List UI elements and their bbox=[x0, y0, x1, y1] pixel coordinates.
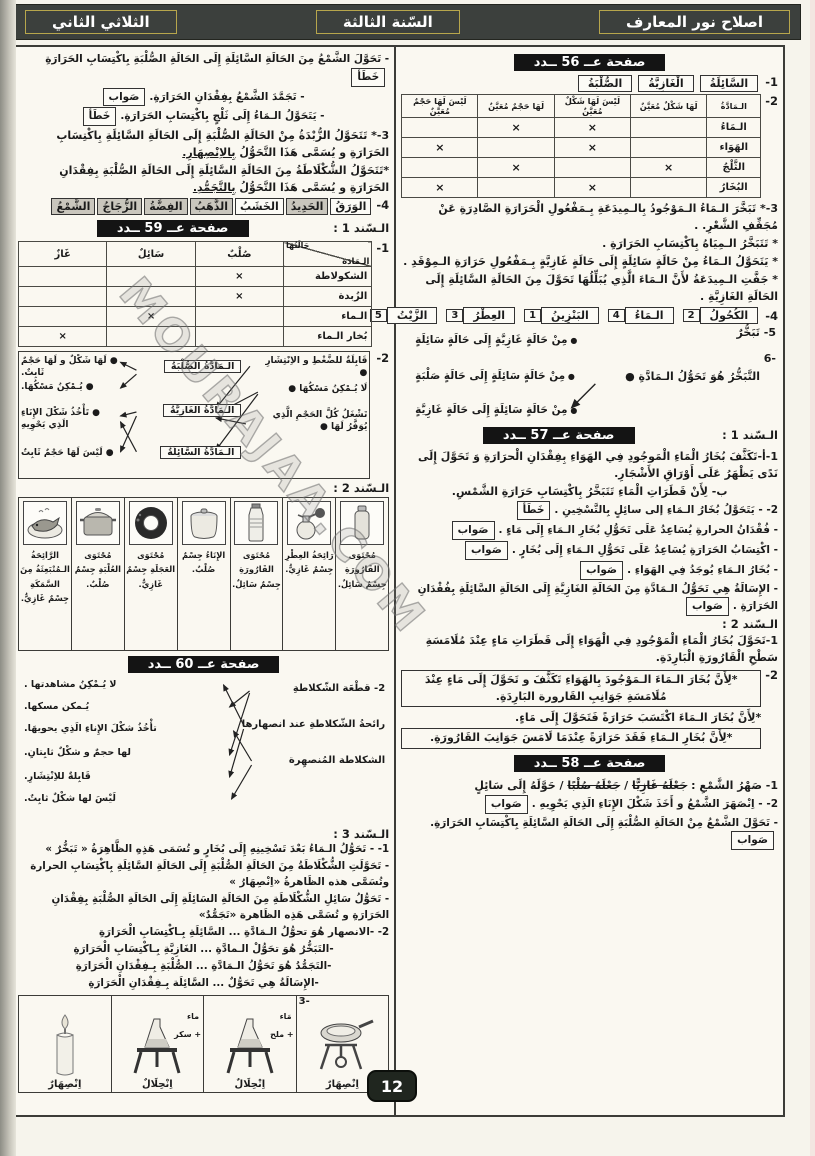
phenomena-images: -3 اِنْصِهَارٌ مَاء + ملح bbox=[18, 995, 389, 1093]
perfume-atomizer-icon bbox=[287, 501, 331, 545]
p57-s2-answer1: 1-تَحَوَّلَ بُخَارُ الْمَاءِ الْمَوْجُود… bbox=[401, 632, 778, 666]
p59-q1: 1- حَالَتُهَا الـمَادَة صُلْبٌ سَائِلٌ غ… bbox=[18, 241, 389, 349]
match-option: مِنْ حَالَةٍ غَازِيَّةٍ إِلَى حَالَةٍ سَ… bbox=[415, 334, 577, 346]
p56-q2: 2- الـمَادَّةُ لَهَا شَكْلٌ مُعَيَّنٌ لَ… bbox=[401, 94, 778, 198]
struck-option: جَعْلَهُ صُلْبًا bbox=[567, 779, 620, 792]
p56-q3-line: * جَفَّتِ الـمِيدَعَةُ لأَنَّ الـمَاءَ ا… bbox=[401, 271, 778, 305]
q5-label: 5- تَبَخُّرٌ bbox=[737, 326, 776, 339]
p57-s2-q2: 2- *لِأَنَّ بُخَارَ الـمَاءَ الـمَوْجُود… bbox=[401, 668, 778, 751]
page59-header: صفحة عــ 59 ــدد bbox=[97, 220, 249, 237]
tf-line: 2- - يَتَحَوَّلُ بُخَارُ الـمَاءِ إلى سا… bbox=[401, 501, 778, 520]
match-property: لَيْسَ لها شكْلٌ ثابِتٌ. bbox=[24, 793, 116, 804]
verdict-box: صَواب bbox=[580, 561, 623, 580]
struck-option: جَعْلَهُ غَازِيًّا bbox=[632, 779, 687, 792]
table-row: الثَّلْجُ × × bbox=[402, 158, 761, 178]
object-cell: مُحْتَوَى العَجَلَةِ جِسْمٌ غَازِيٌّ. bbox=[124, 498, 177, 650]
p57-answer-1a: 1-أ-تَكَثَّفَ بُخَارُ الْمَاءِ الْمَوجُو… bbox=[401, 448, 778, 482]
match-item: رائحةُ الشّكلاطةِ عند انصهارها bbox=[242, 719, 385, 730]
object-cell: الرَّائِحَةُ الـمُنْبَعِثَةُ مِنَ السَّم… bbox=[19, 498, 71, 650]
p59-q2: 2- الـمَادَّةُ الصُّلْبَةُ الـمَادَّةُ ا… bbox=[18, 351, 389, 479]
tf-line: - يَتَحَوَّلُ الـمَاءُ إِلَى ثَلْجٍ بِاك… bbox=[18, 107, 389, 126]
property: ● لَهَا شَكْلٌ و لَهَا حَجْمٌ ثَابِتٌ. bbox=[21, 356, 121, 379]
match-option: مِنْ حَالَةٍ سَائِلَةٍ إِلَى حَالَةٍ غَا… bbox=[415, 404, 577, 416]
object-cell: مُحْتَوَى العُلْبَةِ جِسْمٌ صُلْبٌ. bbox=[71, 498, 124, 650]
objects-table: مُحْتَوَى القَارُورَةِ جِسْمٌ سَائِلٌ. ر… bbox=[18, 497, 389, 651]
table-row: الـمَاءُ × × bbox=[402, 118, 761, 138]
bottle-icon bbox=[340, 501, 384, 545]
p56-q1: 1- السَّائِلَةُ الْغَازِيَّةُ الصُّلْبَة… bbox=[401, 75, 778, 92]
table-row: الـماء × bbox=[19, 307, 372, 327]
property: قَابِلَةٌ للضَّغْطِ و الاِنْتِشَارِ ● bbox=[255, 356, 367, 379]
phenomenon-label: اِنْحِلَالٌ bbox=[142, 1079, 173, 1090]
flask-annotation: ماء bbox=[187, 1012, 199, 1021]
p56-q3-line: * يَتَحَوَّلُ الـمَاءُ مِنْ حَالَةٍ سَائ… bbox=[401, 253, 778, 270]
s3-q2-line: -التَبَخُّرُ هُوَ تحَوُّلْ الـمادَّةِ ..… bbox=[18, 942, 389, 958]
tf-line: - اكْتِسَابُ الحَرَارَةِ يُسَاعِدُ عَلَى… bbox=[401, 541, 778, 560]
match-property: لا يُـمْكِنُ مشاهدتها . bbox=[24, 679, 116, 690]
flask-tripod-icon bbox=[127, 1015, 187, 1079]
s3-line: - تَحَوُّلُ سَائِلِ الشُّكْلَاطَةِ مِنَ … bbox=[18, 892, 389, 924]
underlined-term: بِالتَّجَمُّدِ. bbox=[193, 181, 236, 194]
match-option: مِنْ حَالَةٍ سَائِلَةٍ إِلَى حَالَةٍ صَل… bbox=[415, 370, 575, 382]
gas-box: الـمَادَّةُ الغَازِيَّةُ bbox=[163, 404, 241, 417]
object-cell: الإِنَاءُ جِسْمٌ صُلْبٌ. bbox=[177, 498, 230, 650]
states-matching-diagram: الـمَادَّةُ الصُّلْبَةُ الـمَادَّةُ الغَ… bbox=[18, 351, 370, 479]
state-word: السَّائِلَةُ bbox=[700, 75, 759, 92]
pot-icon bbox=[182, 501, 226, 545]
page-edge bbox=[810, 0, 815, 1156]
p57-answer-1b: ب- لِأَنْ قَطَرَاتِ الْمَاءِ تَتَبَخَّرُ… bbox=[401, 483, 778, 500]
match-property: قَابِلةٌ للاِنْتِشَارِ. bbox=[24, 771, 91, 782]
dissolving-sugar-cell: ماء + سكر اِنْحِلَالٌ bbox=[111, 996, 204, 1092]
states-table: الـمَادَّةُ لَهَا شَكْلٌ مُعَيَّنٌ لَيْس… bbox=[401, 94, 761, 198]
table-row: الشكولاطة × bbox=[19, 267, 372, 287]
chocolate-matching: 2- قطْعَة الشّكلاطةِ رائحةُ الشّكلاطةِ ع… bbox=[18, 677, 389, 825]
state-word: الْغَازِيَّةُ bbox=[638, 75, 693, 92]
verdict-box: صَواب bbox=[452, 521, 495, 540]
candle-icon bbox=[45, 1011, 85, 1079]
material-word: الخَشَبُ bbox=[235, 198, 284, 215]
object-cell: رَائِحَةُ العِطْرِ جِسْمٌ غَازِيٌّ. bbox=[282, 498, 335, 650]
flask-tripod-icon bbox=[220, 1015, 280, 1079]
diagonal-corner-cell: حَالَتُهَا الـمَادَة bbox=[284, 242, 372, 267]
verdict-box: صَواب bbox=[731, 831, 774, 850]
tf-line: - تَحَوَّلَ الشَّمْعُ مِنَ الحَالَةِ الس… bbox=[18, 51, 389, 87]
tf-line: - بُخَارُ الـمَاءِ يُوجَدُ فِي الهَوَاءِ… bbox=[401, 561, 778, 580]
liquid-word: الكُحُولُ bbox=[700, 307, 759, 324]
order-number: 4 bbox=[608, 309, 625, 322]
verdict-box: خَطَأ bbox=[517, 501, 551, 520]
verdict-box: صَواب bbox=[103, 88, 146, 107]
property: لَا يُـمْكِنُ مَسْكُهَا ● bbox=[255, 384, 367, 396]
s3-line: 1- - تَحَوُّلُ الـمَاءُ بَعْدَ تَسْخِينِ… bbox=[18, 842, 389, 858]
table-row: الهَوَاء × × bbox=[402, 138, 761, 158]
page-number-badge: 12 bbox=[367, 1070, 417, 1102]
p57-s2-line2: *لِأَنَّ بُخَارَ الـمَاءَ اكْتَسَبَ حَرَ… bbox=[401, 709, 761, 726]
phenomenon-label: اِنْصِهَارٌ bbox=[326, 1079, 359, 1090]
right-column: صفحة عــ 56 ــدد 1- السَّائِلَةُ الْغَاز… bbox=[394, 47, 783, 1115]
header-trimester: الثلاثي الثاني bbox=[25, 10, 177, 34]
liquid-word: البَنْزِينُ bbox=[541, 307, 599, 324]
underlined-term: بِالاِنْصِهَارِ. bbox=[182, 146, 235, 159]
boxed-answer: *لِأَنَّ بُخَارَ الـمَاءَ الـمَوْجُودَ ب… bbox=[401, 670, 761, 707]
solid-box: الـمَادَّةُ الصُّلْبَةُ bbox=[164, 360, 242, 373]
material-word: الشَّمْعُ bbox=[51, 198, 95, 215]
book-spine-shadow bbox=[0, 0, 16, 1156]
tf-line: - تَجَمَّدَ الشَّمْعُ بِفِقْدَانِ الحَرَ… bbox=[18, 88, 389, 107]
table-row: بُخار الـماء × bbox=[19, 327, 372, 347]
order-number: 1 bbox=[524, 309, 541, 322]
tire-icon bbox=[129, 501, 173, 545]
s3-q2-line: -الإِسَالَةُ هِي تَحَوُّلٌ ... السَّائِل… bbox=[18, 976, 389, 992]
liquid-box: الـمَادَّةُ السَّائِلَةُ bbox=[160, 446, 241, 459]
sanad3-label: الـسّند 3 : bbox=[24, 827, 389, 841]
order-number: 2 bbox=[683, 309, 700, 322]
tf-line: - فُقْدَانُ الحرارةِ يُسَاعِدُ عَلَى تَح… bbox=[401, 521, 778, 540]
left-column: - تَحَوَّلَ الشَّمْعُ مِنَ الحَالَةِ الس… bbox=[13, 47, 394, 1115]
page60-header: صفحة عــ 60 ــدد bbox=[128, 656, 280, 673]
q6-label: -6 bbox=[764, 352, 776, 365]
phenomenon-label: اِنْصِهَارٌ bbox=[48, 1079, 81, 1090]
verdict-box: خَطَأ bbox=[83, 107, 117, 126]
property: تَشْغَلُ كُلَّ الحَجْمِ الَّذِي يُوَفَّر… bbox=[255, 410, 367, 433]
liquid-word: العِطْرُ bbox=[463, 307, 515, 324]
property: ● تَأْخُذُ شَكْلَ الإِنَاءِ الَذِي يَحْو… bbox=[21, 408, 121, 431]
order-number: 3 bbox=[446, 309, 463, 322]
p56-q3-line: 3-* تَبَخَّرَ الـمَاءُ الـمَوْجُودُ بِال… bbox=[401, 200, 778, 234]
state-word: الصُّلْبَةُ bbox=[578, 75, 632, 92]
verdict-box: صَواب bbox=[465, 541, 508, 560]
boxed-answer: *لِأَنَّ بُخَارِ الـمَاءِ فَقَدَ حَرَارَ… bbox=[401, 728, 761, 749]
liquid-word: الزَّيْتُ bbox=[387, 307, 438, 324]
q4-materials: 4- الوَرَقُ الحَدِيدُ الخَشَبُ الذَّهَبُ… bbox=[18, 198, 389, 215]
match-item: الشكلاطة المُنصهِرة bbox=[289, 755, 385, 766]
header-title: اصلاح نور المعارف bbox=[599, 10, 790, 34]
dissolving-salt-cell: مَاء + ملح اِنْحِلَالٌ bbox=[203, 996, 296, 1092]
sanad2-label: الـسّند 2 : bbox=[24, 481, 389, 495]
pan-on-burner-icon bbox=[307, 1017, 377, 1079]
correct-option: حَوَّلَهُ إِلَى سَائِلٍ bbox=[474, 779, 555, 792]
object-cell: مُحْتَوَى القَارُورَةِ جِسْمٌ سَائِلٌ. bbox=[335, 498, 388, 650]
p58-q1: 1- صَهْرُ الشَّمْعِ : جَعْلَهُ غَازِيًّا… bbox=[401, 777, 778, 794]
tf-line: - تَحَوَّلَ الشَّمْعُ مِنْ الحَالَةِ الص… bbox=[401, 815, 778, 851]
s3-q2-line: 2- -الانصهار هُوَ تحوُّلُ الـمَادَّةِ ..… bbox=[18, 925, 389, 941]
material-word: الفِضَّةُ bbox=[144, 198, 187, 215]
evaporation-matching: 5- تَبَخُّرٌ -6 التَّبَخُّرُ هُوَ تَحَوُ… bbox=[401, 326, 778, 422]
tf-line: 2- - اِنْصَهَرَ الشَّمْعُ و أَخَذَ شَكْل… bbox=[401, 795, 778, 814]
verdict-box: خَطَأ bbox=[351, 68, 385, 87]
flask-annotation: + سكر bbox=[174, 1030, 201, 1039]
table-row: الزُبدة × bbox=[19, 287, 372, 307]
q3-chocolate: *تَتَحَوَّلُ الشُّكْلَاطَةُ مِنَ الحَالَ… bbox=[18, 162, 389, 196]
table-row: البُخَارُ × × bbox=[402, 178, 761, 198]
flask-annotation: مَاء bbox=[280, 1012, 292, 1021]
sanad1-label: الـسّند 1 : bbox=[722, 428, 778, 442]
header-grade: السّنة الثالثة bbox=[316, 10, 460, 34]
s3-q2-line: -التَجَمُّدُ هُوَ تَحَوُّلُ الـمَادَّةِ … bbox=[18, 959, 389, 975]
tf-line: - الإِسَالَةُ هِي تَحَوُّلُ الـمَادَّةِ … bbox=[401, 581, 778, 617]
match-property: يُـمكن مسكها. bbox=[24, 701, 89, 712]
s3-line: - تَحَوَّلَتِ الشُّكْلَاطَةُ مِنَ الحَال… bbox=[18, 859, 389, 891]
phenomenon-label: اِنْحِلَالٌ bbox=[235, 1079, 266, 1090]
property: ● يُـمْكِنُ مَسْكُهَا. bbox=[21, 382, 121, 394]
q3-butter: 3-* تَتَحَوَّلُ الزُّبْدَةُ مِنْ الحَالَ… bbox=[18, 127, 389, 161]
match-item: 2- قطْعَة الشّكلاطةِ bbox=[293, 683, 385, 694]
sanad1-label: الـسّند 1 : bbox=[333, 221, 389, 235]
material-word: الوَرَقُ bbox=[330, 198, 371, 215]
page57-header: صفحة عــ 57 ــدد bbox=[483, 427, 635, 444]
p56-q3-line: * تَتَبَخَّرُ الـمِيَاهُ بِاكْتِسَابِ ال… bbox=[401, 235, 778, 252]
matter-state-table: حَالَتُهَا الـمَادَة صُلْبٌ سَائِلٌ غَاز… bbox=[18, 241, 372, 347]
p56-q4: 4- الكُحُولُ2 الـمَاءُ4 البَنْزِينُ1 الع… bbox=[401, 307, 778, 324]
flask-annotation: + ملح bbox=[270, 1030, 293, 1039]
fish-plate-icon bbox=[23, 501, 67, 545]
page56-header: صفحة عــ 56 ــدد bbox=[514, 54, 666, 71]
material-word: الزُّجَاجُ bbox=[97, 198, 142, 215]
verdict-box: صَواب bbox=[485, 795, 528, 814]
match-property: لها حجمٌ و شكْلٌ ثابِتانِ. bbox=[24, 747, 131, 758]
page58-header: صفحة عــ 58 ــدد bbox=[514, 755, 666, 772]
sanad2-label: الـسّند 2 : bbox=[407, 617, 778, 631]
header-bar: الثلاثي الثاني السّنة الثالثة اصلاح نور … bbox=[14, 4, 801, 40]
property: ● لَيْسَ لَهَا حَجْمٌ ثَابِتٌ bbox=[21, 448, 121, 460]
liquid-word: الـمَاءُ bbox=[625, 307, 674, 324]
match-property: تأْخُذُ شكْلَ الإِناءِ الَذِي يحويهَا. bbox=[24, 723, 157, 734]
match-stem: التَّبَخُّرُ هُوَ تَحَوُّلُ الـمَادَّةِ … bbox=[625, 370, 760, 383]
melting-candle-cell: اِنْصِهَارٌ bbox=[19, 996, 111, 1092]
material-word: الذَّهَبُ bbox=[190, 198, 234, 215]
q3-marker: -3 bbox=[299, 996, 310, 1007]
water-bottle-icon bbox=[234, 501, 278, 545]
material-word: الحَدِيدُ bbox=[286, 198, 329, 215]
content-frame: صفحة عــ 56 ــدد 1- السَّائِلَةُ الْغَاز… bbox=[11, 45, 785, 1117]
verdict-box: صَواب bbox=[686, 597, 729, 616]
object-cell: مُحْتَوَى القَارُورَةِ جِسْمٌ سَائِلٌ. bbox=[230, 498, 283, 650]
casserole-icon bbox=[76, 501, 120, 545]
